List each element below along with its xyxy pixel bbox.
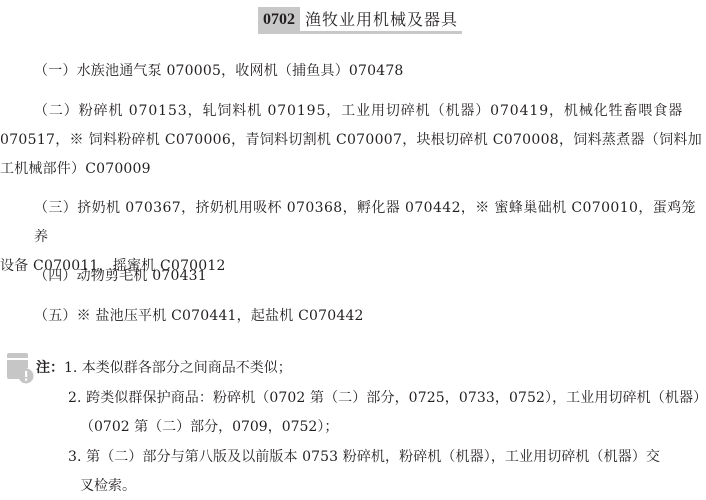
section-paragraph-5: （五）※ 盐池压平机 C070441，起盐机 C070442 [0,302,706,331]
note-item-3-continued: 叉检索。 [80,472,136,500]
section-code: 0702 [258,7,300,31]
paragraph-line: （二）粉碎机 070153，轧饲料机 070195，工业用切碎机（机器）0704… [0,97,706,126]
paragraph-line: 工机械部件）C070009 [0,155,706,184]
section-paragraph-1: （一）水族池通气泵 070005，收网机（捕鱼具）070478 [0,57,706,86]
paragraph-line: （四）动物剪毛机 070431 [0,262,706,291]
section-title-text: 渔牧业用机械及器具 [300,9,462,30]
paragraph-line: （五）※ 盐池压平机 C070441，起盐机 C070442 [0,302,706,331]
section-paragraph-4: （四）动物剪毛机 070431 [0,262,706,291]
note-text: 叉检索。 [80,478,136,494]
note-alert-icon [4,352,34,384]
note-text: 1. 本类似群各部分之间商品不类似； [64,360,292,376]
note-item-2-continued: （0702 第（二）部分，0709，0752）； [80,413,338,442]
paragraph-line: （一）水族池通气泵 070005，收网机（捕鱼具）070478 [0,57,706,86]
note-item-1: 注：1. 本类似群各部分之间商品不类似； [36,354,292,383]
note-text: （0702 第（二）部分，0709，0752）； [80,419,338,435]
section-paragraph-2: （二）粉碎机 070153，轧饲料机 070195，工业用切碎机（机器）0704… [0,97,706,184]
section-title: 0702 渔牧业用机械及器具 [258,7,462,34]
note-text: 3. 第（二）部分与第八版及以前版本 0753 粉碎机，粉碎机（机器），工业用切… [68,449,660,465]
paragraph-line: （三）挤奶机 070367，挤奶机用吸杯 070368，孵化器 070442，※… [0,194,706,252]
note-label: 注： [36,360,64,376]
note-item-3: 3. 第（二）部分与第八版及以前版本 0753 粉碎机，粉碎机（机器），工业用切… [68,443,660,472]
note-item-2: 2. 跨类似群保护商品：粉碎机（0702 第（二）部分，0725，0733，07… [68,384,706,413]
note-text: 2. 跨类似群保护商品：粉碎机（0702 第（二）部分，0725，0733，07… [68,390,706,406]
paragraph-line: 070517，※ 饲料粉碎机 C070006，青饲料切割机 C070007，块根… [0,126,706,155]
